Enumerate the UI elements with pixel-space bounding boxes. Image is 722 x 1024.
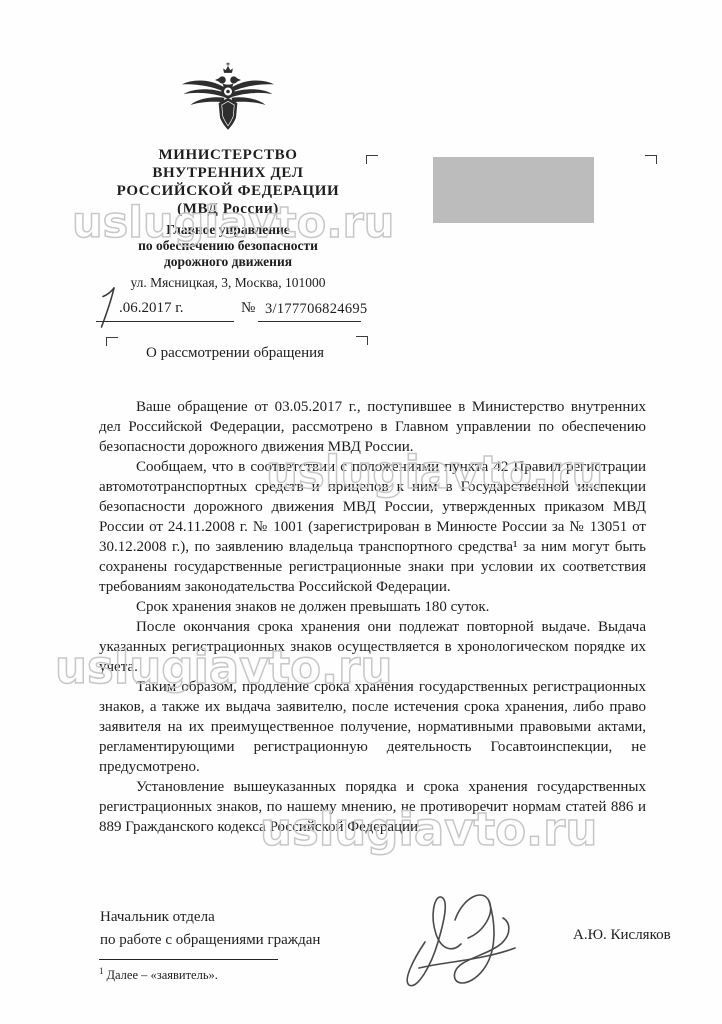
body-paragraph: Ваше обращение от 03.05.2017 г., поступи… <box>99 397 646 457</box>
signatory-position-line: по работе с обращениями граждан <box>100 929 320 952</box>
ministry-line: РОССИЙСКОЙ ФЕДЕРАЦИИ <box>93 182 363 200</box>
subject-line: О рассмотрении обращения <box>146 345 324 362</box>
corner-mark-icon <box>645 155 657 164</box>
body-paragraph: Таким образом, продление срока хранения … <box>99 677 646 777</box>
signatory-name: А.Ю. Кисляков <box>573 927 671 944</box>
number-underline <box>258 321 361 322</box>
signatory-position: Начальник отдела по работе с обращениями… <box>100 906 320 952</box>
footnote-marker: 1 <box>99 966 104 976</box>
body-paragraph: Срок хранения знаков не должен превышать… <box>99 597 646 617</box>
handwritten-day-mark <box>97 285 121 329</box>
department-line: дорожного движения <box>93 254 363 270</box>
body-paragraph: Сообщаем, что в соответствии с положения… <box>99 457 646 597</box>
ministry-line: (МВД России) <box>93 200 363 218</box>
outgoing-number: 3/177706824695 <box>265 301 367 318</box>
redaction-box <box>433 157 594 223</box>
corner-mark-icon <box>356 336 368 345</box>
scanned-letter-page: uslugiavto.ru uslugiavto.ru uslugiavto.r… <box>0 0 722 1024</box>
body-paragraph: Установление вышеуказанных порядка и сро… <box>99 777 646 837</box>
signatory-position-line: Начальник отдела <box>100 906 320 929</box>
mvd-eagle-emblem-icon <box>179 60 277 140</box>
footnote-text: Далее – «заявитель». <box>107 968 218 982</box>
letterhead: МИНИСТЕРСТВО ВНУТРЕННИХ ДЕЛ РОССИЙСКОЙ Ф… <box>93 60 363 291</box>
date-underline <box>96 321 234 322</box>
letterhead-address: ул. Мясницкая, 3, Москва, 101000 <box>93 275 363 291</box>
department-name: Главное управление по обеспечению безопа… <box>93 222 363 270</box>
corner-mark-icon <box>366 155 378 164</box>
body-paragraph: После окончания срока хранения они подле… <box>99 617 646 677</box>
ministry-line: МИНИСТЕРСТВО <box>93 146 363 164</box>
number-sign: № <box>241 300 255 317</box>
department-line: по обеспечению безопасности <box>93 238 363 254</box>
outgoing-date: .06.2017 г. <box>119 300 183 317</box>
ministry-line: ВНУТРЕННИХ ДЕЛ <box>93 164 363 182</box>
corner-mark-icon <box>106 337 118 346</box>
handwritten-signature <box>393 882 538 994</box>
department-line: Главное управление <box>93 222 363 238</box>
letter-body: Ваше обращение от 03.05.2017 г., поступи… <box>99 397 646 837</box>
footnote-rule <box>99 959 278 960</box>
footnote: 1Далее – «заявитель». <box>99 966 218 983</box>
ministry-name: МИНИСТЕРСТВО ВНУТРЕННИХ ДЕЛ РОССИЙСКОЙ Ф… <box>93 146 363 218</box>
